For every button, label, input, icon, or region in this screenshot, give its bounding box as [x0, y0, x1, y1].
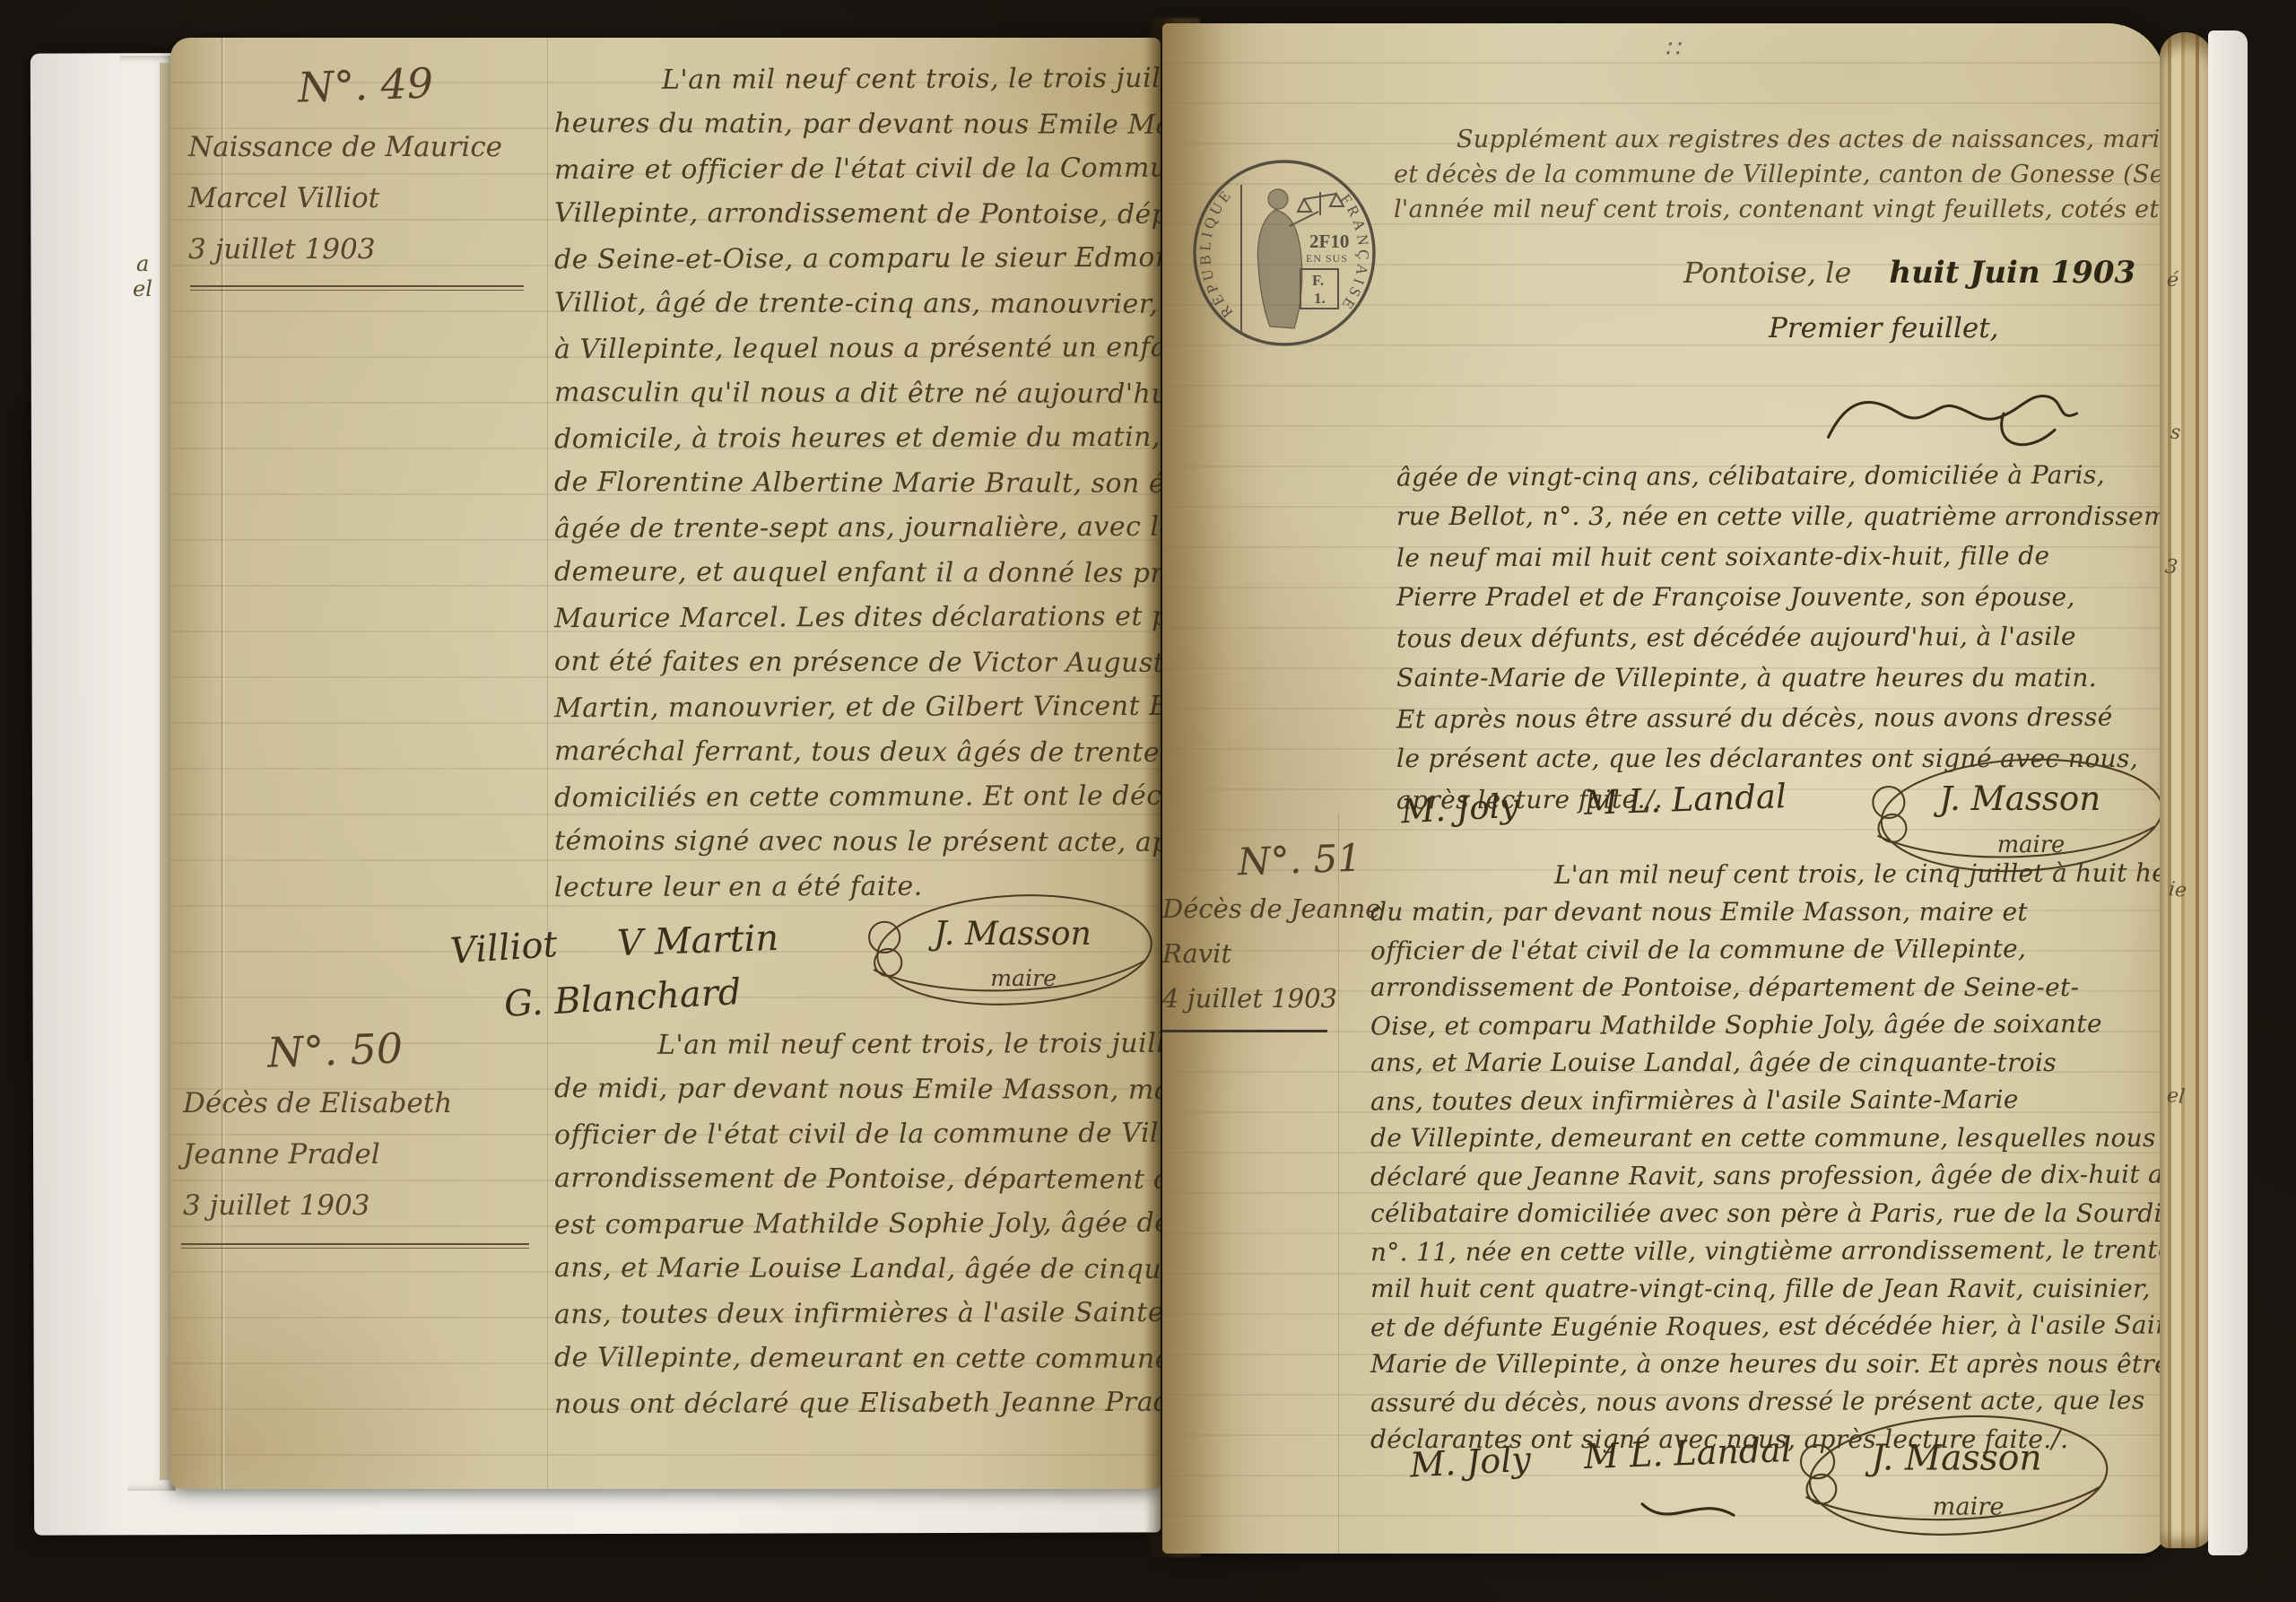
handwritten-text-line: le neuf mai mil huit cent soixante-dix-h… [1396, 535, 2165, 578]
handwritten-text-line: 3 juillet 1903 [188, 224, 547, 275]
mayor-seal-signature: J. Masson maire [1790, 1401, 2113, 1552]
handwritten-text-line: témoins signé avec nous le présent acte,… [554, 819, 1161, 866]
record-51-act-text: L'an mil neuf cent trois, le cinq juille… [1370, 856, 2165, 1458]
handwritten-text-line: Supplément aux registres des actes de na… [1394, 122, 2165, 157]
signature-ml-landal: M L. Landal [1583, 777, 1787, 823]
handwritten-text-line: Marie de Villepinte, à onze heures du so… [1370, 1345, 2165, 1383]
feuillet-label: Premier feuillet, [1769, 312, 1999, 344]
scanned-registry-photo: { "meta": { "description_label": "Regist… [0, 0, 2296, 1602]
signature-g-blanchard: G. Blanchard [503, 971, 743, 1025]
edge-text-fragment: el [2166, 1084, 2187, 1109]
handwritten-text-line: arrondissement de Pontoise, département … [554, 1156, 1161, 1203]
record-number-51: N°. 51 [1237, 836, 1362, 884]
handwritten-text-line: Ravit [1162, 931, 1338, 976]
handwritten-text-line: ont été faites en présence de Victor Aug… [554, 640, 1161, 686]
handwritten-text-line: Décès de Elisabeth [183, 1078, 551, 1129]
supplement-header-text: Supplément aux registres des actes de na… [1394, 122, 2165, 227]
record-number-50: N°. 50 [266, 1023, 404, 1076]
under-page-text-fragment: el [133, 276, 152, 301]
ink-mark: ∷ [1665, 36, 1682, 63]
handwritten-text-line: masculin qu'il nous a dit être né aujour… [554, 370, 1161, 417]
backing-white-sheet-right [2208, 30, 2248, 1555]
handwritten-text-line: de Florentine Albertine Marie Brault, so… [554, 460, 1161, 507]
handwritten-text-line: Villepinte, arrondissement de Pontoise, … [554, 191, 1161, 238]
handwritten-text-line: du matin, par devant nous Emile Masson, … [1370, 893, 2165, 931]
handwritten-text-line: et de défunte Eugénie Roques, est décédé… [1370, 1306, 2165, 1346]
signature-m-joly: M. Joly [1400, 787, 1519, 831]
record-number-49: N°. 49 [297, 58, 434, 111]
signature-v-martin: V Martin [616, 918, 779, 964]
stamp-value-subtext: EN SUS [1306, 252, 1348, 265]
edge-text-fragment: ie [2168, 878, 2188, 902]
stamp-figure-head [1268, 189, 1288, 209]
handwritten-text-line: âgée de trente-sept ans, journalière, av… [554, 505, 1161, 552]
handwritten-text-line: ans, et Marie Louise Landal, âgée de cin… [554, 1246, 1161, 1293]
stamp-box-line1: F. [1312, 272, 1324, 289]
handwritten-text-line: Martin, manouvrier, et de Gilbert Vincen… [554, 684, 1161, 731]
under-page-text-fragment: a [136, 251, 149, 276]
handwritten-text-line: l'année mil neuf cent trois, contenant v… [1394, 192, 2165, 227]
handwritten-text-line: Oise, et comparu Mathilde Sophie Joly, â… [1370, 1005, 2165, 1045]
handwritten-text-line: maréchal ferrant, tous deux âgés de tren… [554, 729, 1161, 776]
handwritten-text-line: âgée de vingt-cinq ans, célibataire, dom… [1396, 454, 2165, 497]
handwritten-text-line: L'an mil neuf cent trois, le trois juill… [554, 1022, 1161, 1068]
curled-page-edges [2160, 32, 2213, 1548]
handwritten-text-line: de Villepinte, demeurant en cette commun… [554, 1336, 1161, 1382]
record-49-act-text: L'an mil neuf cent trois, le trois juill… [554, 57, 1161, 910]
handwritten-text-line: rue Bellot, n°. 3, née en cette ville, q… [1396, 496, 2165, 536]
signature-villiot: Villiot [449, 924, 559, 972]
handwritten-text-line: Marcel Villiot [188, 173, 547, 224]
record-50-act-text: L'an mil neuf cent trois, le trois juill… [554, 1023, 1161, 1426]
handwritten-text-line: ans, toutes deux infirmières à l'asile S… [554, 1291, 1161, 1337]
handwritten-text-line: à Villepinte, lequel nous a présenté un … [554, 326, 1161, 372]
record-50-margin-title: Décès de ElisabethJeanne Pradel3 juillet… [183, 1078, 551, 1232]
handwritten-text-line: Pierre Pradel et de Françoise Jouvente, … [1396, 577, 2165, 617]
signature-m-joly: M. Joly [1409, 1440, 1532, 1485]
handwritten-text-line: Et après nous être assuré du décès, nous… [1396, 696, 2165, 739]
handwritten-text-line: L'an mil neuf cent trois, le trois juill… [554, 57, 1161, 103]
handwritten-text-line: Maurice Marcel. Les dites déclarations e… [554, 595, 1161, 641]
margin-divider-rule [190, 285, 524, 291]
registry-right-page: ∷ RÉPUBLIQUE FRANÇAISE 2F10 EN SUS F. 1.… [1162, 23, 2165, 1554]
handwritten-text-line: Villiot, âgé de trente-cinq ans, manouvr… [554, 281, 1161, 327]
handwritten-text-line: ans, toutes deux infirmières à l'asile S… [1370, 1080, 2165, 1120]
handwritten-text-line: domicile, à trois heures et demie du mat… [554, 415, 1161, 462]
handwritten-text-line: heures du matin, par devant nous Emile M… [554, 101, 1161, 148]
margin-divider-rule [1162, 1030, 1327, 1032]
handwritten-text-line: est comparue Mathilde Sophie Joly, âgée … [554, 1201, 1161, 1248]
seal-name-text: J. Masson [1933, 779, 2100, 818]
margin-divider-rule [181, 1243, 529, 1249]
handwritten-text-line: Naissance de Maurice [188, 122, 547, 173]
handwritten-text-line: domiciliés en cette commune. Et ont le d… [554, 774, 1161, 821]
stamp-box-line2: 1. [1314, 290, 1326, 307]
handwritten-text-line: ans, et Marie Louise Landal, âgée de cin… [1370, 1044, 2165, 1082]
handwritten-text-line: nous ont déclaré que Elisabeth Jeanne Pr… [554, 1380, 1161, 1427]
handwritten-text-line: Décès de Jeanne [1162, 886, 1338, 931]
prefect-paraph-signature [1813, 366, 2092, 466]
handwritten-text-line: célibataire domiciliée avec son père à P… [1370, 1195, 2165, 1232]
dateline: Pontoise, lehuit Juin 1903 [1683, 255, 2135, 291]
signature-ml-landal: M L. Landal [1583, 1430, 1792, 1476]
landal-paraph [1629, 1487, 1745, 1534]
handwritten-text-line: déclaré que Jeanne Ravit, sans professio… [1370, 1155, 2165, 1196]
handwritten-text-line: n°. 11, née en cette ville, vingtième ar… [1370, 1231, 2165, 1271]
handwritten-text-line: arrondissement de Pontoise, département … [1370, 969, 2165, 1006]
handwritten-text-line: de midi, par devant nous Emile Masson, m… [554, 1067, 1161, 1113]
seal-title-text: maire [990, 965, 1057, 991]
handwritten-text-line: officier de l'état civil de la commune d… [1370, 929, 2165, 970]
seal-title-text: maire [1933, 1493, 2005, 1521]
svg-text:RÉPUBLIQUE: RÉPUBLIQUE [1196, 185, 1236, 321]
stamp-value-text: 2F10 [1309, 231, 1349, 252]
handwritten-text-line: tous deux défunts, est décédée aujourd'h… [1396, 615, 2165, 658]
mayor-seal-signature: J. Masson maire [859, 883, 1157, 1019]
handwritten-text-line: 3 juillet 1903 [183, 1180, 551, 1232]
handwritten-text-line: de Seine-et-Oise, a comparu le sieur Edm… [554, 236, 1161, 283]
handwritten-text-line: Jeanne Pradel [183, 1129, 551, 1180]
edge-text-fragment: é [2166, 268, 2180, 292]
seal-name-text: J. Masson [927, 914, 1091, 953]
record-49-margin-title: Naissance de MauriceMarcel Villiot3 juil… [188, 122, 547, 275]
stamp-arc-left-text: RÉPUBLIQUE [1196, 185, 1236, 321]
republique-francaise-revenue-stamp: RÉPUBLIQUE FRANÇAISE 2F10 EN SUS F. 1. [1186, 156, 1383, 353]
handwritten-text-line: demeure, et auquel enfant il a donné les… [554, 550, 1161, 596]
handwritten-text-line: maire et officier de l'état civil de la … [554, 146, 1161, 193]
handwritten-text-line: de Villepinte, demeurant en cette commun… [1370, 1119, 2165, 1157]
handwritten-text-line: officier de l'état civil de la commune d… [554, 1111, 1161, 1158]
handwritten-text-line: mil huit cent quatre-vingt-cinq, fille d… [1370, 1270, 2165, 1308]
stamp-scale-pan-left [1298, 199, 1311, 212]
handwritten-text-line: 4 juillet 1903 [1162, 976, 1338, 1021]
record-51-margin-title: Décès de JeanneRavit4 juillet 1903 [1162, 886, 1338, 1021]
registry-left-page: N°. 49 Naissance de MauriceMarcel Villio… [170, 38, 1161, 1489]
dateline-place: Pontoise, le [1683, 256, 1851, 290]
margin-column-rule [547, 38, 548, 1489]
edge-text-fragment: 3 [2164, 555, 2179, 579]
dateline-date: huit Juin 1903 [1889, 255, 2135, 291]
seal-name-text: J. Masson [1865, 1438, 2042, 1478]
handwritten-text-line: Sainte-Marie de Villepinte, à quatre heu… [1396, 657, 2165, 698]
handwritten-text-line: et décès de la commune de Villepinte, ca… [1394, 157, 2165, 192]
handwritten-text-line: L'an mil neuf cent trois, le cinq juille… [1370, 854, 2165, 894]
stamp-figure-body [1257, 210, 1301, 328]
